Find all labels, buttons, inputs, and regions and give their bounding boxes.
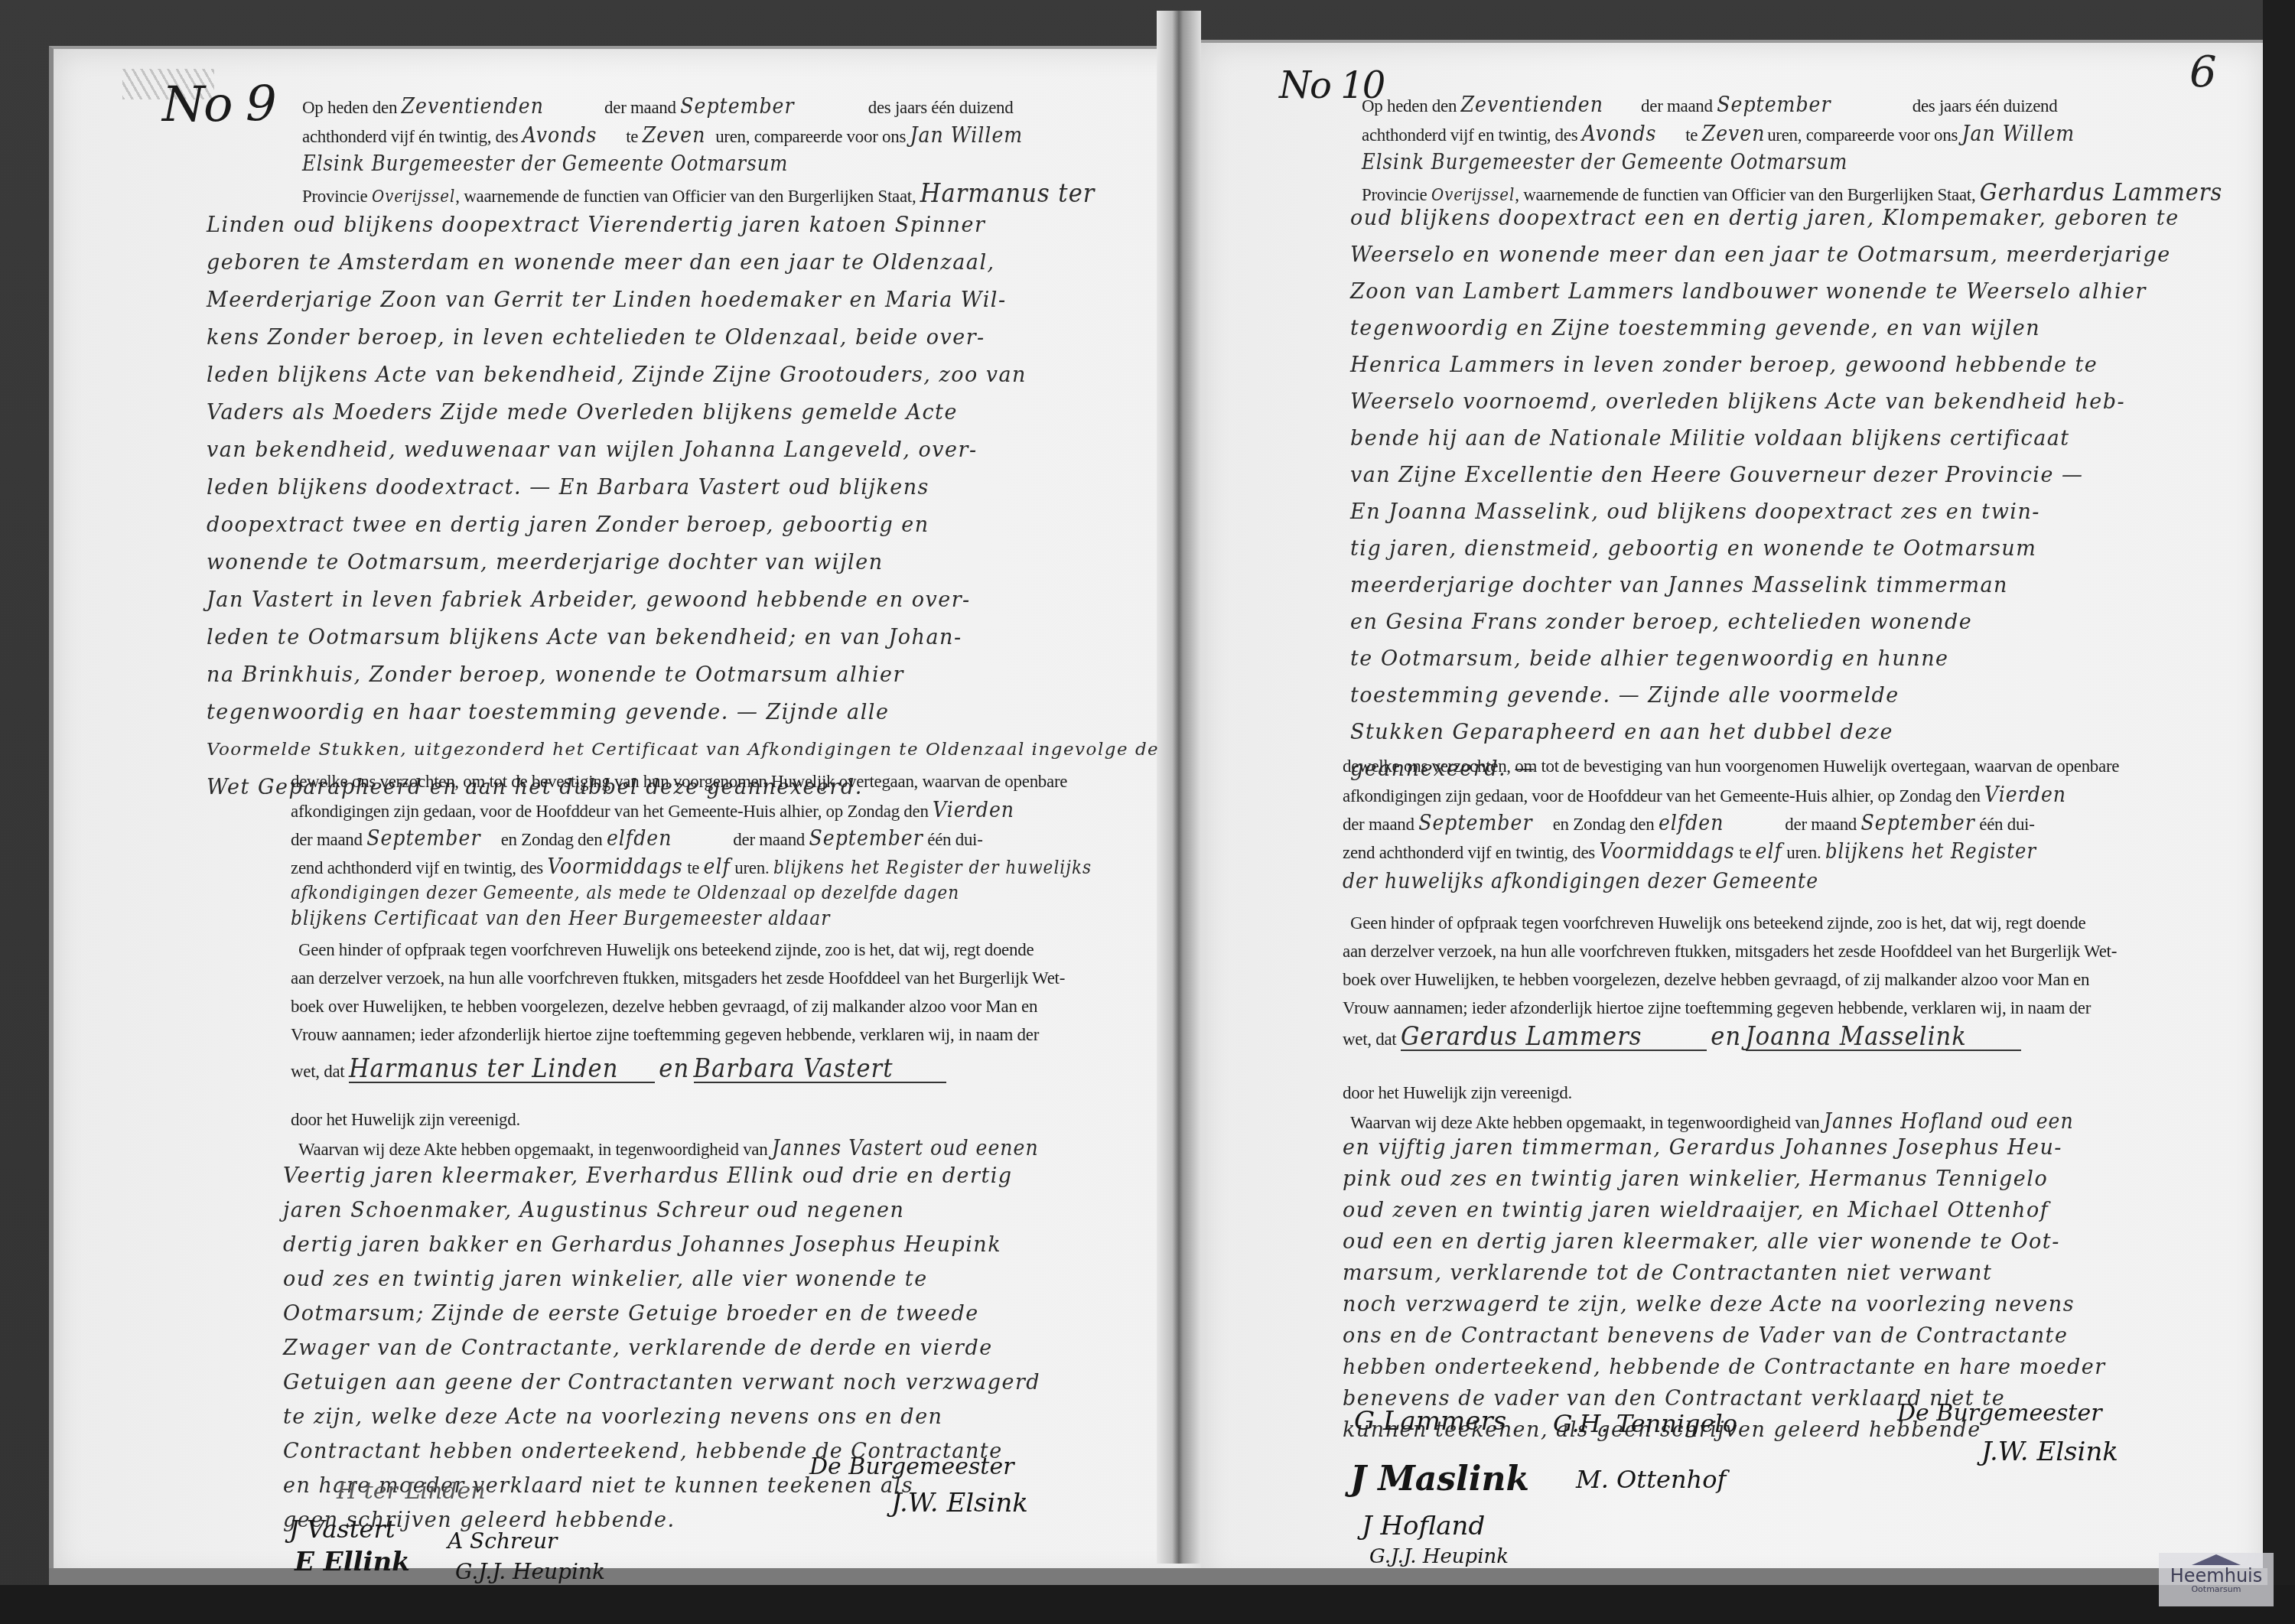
- right-married-names-line: wet, dat Gerardus Lammers en Joanna Mass…: [1343, 1024, 2021, 1053]
- groom-name: Gerardus Lammers: [1401, 1024, 1707, 1051]
- handwritten-month: September: [809, 825, 923, 851]
- bottom-dark-edge: [0, 1585, 2295, 1624]
- left-declaration-line-3: boek over Huwelijken, te hebben voorgele…: [291, 994, 1037, 1020]
- printed-text: uren, compareerde voor ons: [1767, 125, 1958, 145]
- hand-line: oud een en dertig jaren kleermaker, alle…: [1343, 1226, 2106, 1258]
- hand-line: marsum, verklarende tot de Contractanten…: [1343, 1258, 2106, 1289]
- printed-text: , waarnemende de functien van Officier v…: [455, 187, 916, 206]
- right-mayor-signature: J.W. Elsink: [1981, 1437, 2118, 1467]
- left-married-names-line: wet, dat Harmanus ter Linden en Barbara …: [291, 1056, 946, 1085]
- hand-line: toestemming gevende. — Zijnde alle voorm…: [1350, 678, 2179, 714]
- hand-line: Linden oud blijkens doopextract Vierende…: [207, 207, 1159, 244]
- handwritten-month: September: [680, 93, 864, 119]
- printed-text: afkondigingen zijn gedaan, voor de Hoofd…: [291, 802, 929, 821]
- hand-line: Veertig jaren kleermaker, Everhardus Ell…: [283, 1159, 1040, 1193]
- left-publication-line-6: blijkens Certificaat van den Heer Burgem…: [291, 906, 830, 932]
- signature-bride-father: J Maslink: [1350, 1460, 1529, 1499]
- hand-line: jaren Schoenmaker, Augustinus Schreur ou…: [283, 1193, 1040, 1228]
- handwritten-day: Zeventienden: [1461, 92, 1637, 118]
- hand-line: Meerderjarige Zoon van Gerrit ter Linden…: [207, 282, 1159, 319]
- hand-line: leden blijkens Acte van bekendheid, Zijn…: [207, 356, 1159, 394]
- left-header-line-3: Elsink Burgemeester der Gemeente Ootmars…: [302, 151, 788, 177]
- printed-text: wet, dat: [291, 1062, 344, 1081]
- printed-text: der maand: [1343, 815, 1414, 834]
- left-publication-line-4: zend achthonderd vijf en twintig, des Vo…: [291, 854, 1092, 881]
- right-united-line: door het Huwelijk zijn vereenigd.: [1343, 1080, 1572, 1106]
- handwritten-day: Vierden: [933, 797, 1014, 822]
- signature-witness-4: G.J.J. Heupink: [455, 1559, 605, 1584]
- printed-text: te: [1739, 843, 1751, 862]
- handwritten-hour: Zeven: [643, 122, 711, 148]
- signature-witness-1: J Hofland: [1362, 1511, 1485, 1541]
- house-roof-icon: [2192, 1554, 2241, 1565]
- handwritten-witness: Jannes Hofland oud een: [1824, 1108, 2074, 1134]
- signature-witness-2: G.J.J. Heupink: [1369, 1545, 1509, 1568]
- handwritten-daypart: Avonds: [522, 122, 622, 148]
- right-publication-line-1: dewelke ons verzochten, om tot de bevest…: [1343, 753, 2119, 779]
- right-dark-edge: [2263, 0, 2295, 1624]
- left-declaration-line-2: aan derzelver verzoek, na hun alle voorf…: [291, 965, 1065, 991]
- right-declaration-line-4: Vrouw aannamen; ieder afzonderlijk hiert…: [1343, 995, 2091, 1021]
- hand-line: dertig jaren bakker en Gerhardus Johanne…: [283, 1228, 1040, 1262]
- printed-text: Op heden den: [1362, 96, 1457, 116]
- handwritten-note: blijkens het Register: [1825, 840, 2036, 864]
- bride-name: Barbara Vastert: [694, 1056, 946, 1083]
- handwritten-daypart: Voormiddags: [547, 854, 682, 879]
- hand-line: tegenwoordig en Zijne toestemming gevend…: [1350, 311, 2179, 347]
- left-header-line-2: achthonderd vijf én twintig, des Avonds …: [302, 122, 1023, 150]
- hand-line: Zwager van de Contractante, verklarende …: [283, 1331, 1040, 1365]
- hand-line: geboren te Amsterdam en wonende meer dan…: [207, 244, 1159, 282]
- hand-line: Weerselo en wonende meer dan een jaar te…: [1350, 237, 2179, 274]
- hand-line: oud zes en twintig jaren winkelier, alle…: [283, 1262, 1040, 1297]
- printed-text: des jaars één duizend: [868, 98, 1014, 117]
- hand-line: te Ootmarsum, beide alhier tegenwoordig …: [1350, 641, 2179, 678]
- printed-text: wet, dat: [1343, 1030, 1396, 1049]
- hand-line: tegenwoordig en haar toestemming gevende…: [207, 694, 1159, 731]
- printed-text: één dui-: [1979, 815, 2034, 834]
- hand-line: van Zijne Excellentie den Heere Gouverne…: [1350, 457, 2179, 494]
- right-header-line-1: Op heden den Zeventienden der maand Sept…: [1362, 92, 2057, 119]
- printed-text: uren, compareerde voor ons: [715, 127, 906, 146]
- hand-line: van bekendheid, weduwenaar van wijlen Jo…: [207, 431, 1159, 469]
- handwritten-conjunction: en: [1711, 1021, 1741, 1052]
- hand-line: oud blijkens doopextract een en dertig j…: [1350, 200, 2179, 237]
- right-declaration-line-3: boek over Huwelijken, te hebben voorgele…: [1343, 967, 2089, 993]
- printed-text: afkondigingen zijn gedaan, voor de Hoofd…: [1343, 786, 1981, 805]
- hand-line: Getuigen aan geene der Contractanten ver…: [283, 1365, 1040, 1400]
- printed-text: des jaars één duizend: [1912, 96, 2058, 116]
- handwritten-day: Zeventienden: [402, 93, 601, 119]
- hand-line: en vijftig jaren timmerman, Gerardus Joh…: [1343, 1132, 2106, 1163]
- left-publication-line-2: afkondigingen zijn gedaan, voor de Hoofd…: [291, 797, 1014, 825]
- printed-text: der maand: [1641, 96, 1713, 116]
- printed-text: der maand: [1785, 815, 1857, 834]
- right-declaration-line-1: Geen hinder of opfpraak tegen voorfchrev…: [1350, 910, 2085, 936]
- printed-text: te: [1685, 125, 1698, 145]
- left-declaration-line-1: Geen hinder of opfpraak tegen voorfchrev…: [298, 937, 1034, 963]
- handwritten-daypart: Avonds: [1582, 121, 1681, 147]
- act-number-9: No 9: [162, 76, 275, 133]
- left-publication-line-3: der maand September en Zondag den elfden…: [291, 825, 983, 853]
- handwritten-official-name: Jan Willem: [1962, 121, 2075, 146]
- signature-witness-4: M. Ottenhof: [1576, 1465, 1726, 1494]
- hand-line: en Gesina Frans zonder beroep, echtelied…: [1350, 604, 2179, 641]
- left-header-line-1: Op heden den Zeventienden der maand Sept…: [302, 93, 1013, 121]
- handwritten-note: blijkens het Register der huwelijks: [773, 857, 1092, 878]
- right-header-line-3: Elsink Burgemeester der Gemeente Ootmars…: [1362, 150, 1847, 176]
- left-mayor-title: De Burgemeester: [809, 1453, 1014, 1480]
- handwritten-month: September: [1861, 810, 1975, 835]
- hand-line: oud zeven en twintig jaren wieldraaijer,…: [1343, 1195, 2106, 1226]
- hand-line: Henrica Lammers in leven zonder beroep, …: [1350, 347, 2179, 384]
- printed-text: Op heden den: [302, 98, 397, 117]
- hand-line: Vaders als Moeders Zijde mede Overleden …: [207, 394, 1159, 431]
- hand-line: tig jaren, dienstmeid, geboortig en wone…: [1350, 531, 2179, 568]
- hand-line: noch verzwagerd te zijn, welke deze Acte…: [1343, 1289, 2106, 1320]
- handwritten-province: Overijssel: [372, 187, 455, 207]
- handwritten-month: September: [366, 825, 496, 851]
- hand-line: leden blijkens doodextract. — En Barbara…: [207, 469, 1159, 506]
- printed-text: uren.: [1786, 843, 1821, 862]
- right-mayor-title: De Burgemeester: [1897, 1400, 2102, 1427]
- folio-number: 6: [2189, 47, 2217, 97]
- hand-line: leden te Ootmarsum blijkens Acte van bek…: [207, 619, 1159, 656]
- hand-line: kens Zonder beroep, in leven echtelieden…: [207, 319, 1159, 356]
- handwritten-month: September: [1418, 810, 1548, 836]
- handwritten-day: Vierden: [1984, 782, 2066, 807]
- left-united-line: door het Huwelijk zijn vereenigd.: [291, 1107, 520, 1133]
- right-header-line-2: achthonderd vijf en twintig, des Avonds …: [1362, 121, 2075, 148]
- right-declaration-line-2: aan derzelver verzoek, na hun alle voorf…: [1343, 939, 2117, 965]
- hand-line: meerderjarige dochter van Jannes Masseli…: [1350, 568, 2179, 604]
- printed-text: achthonderd vijf en twintig, des: [1362, 125, 1577, 145]
- heemhuis-watermark: Heemhuis Ootmarsum: [2159, 1553, 2274, 1606]
- left-mayor-signature: J.W. Elsink: [891, 1488, 1028, 1518]
- signature-witness-1: J Vastert: [289, 1515, 396, 1544]
- printed-text: één dui-: [927, 830, 982, 849]
- hand-line: Weerselo voornoemd, overleden blijkens A…: [1350, 384, 2179, 421]
- hand-line: Ootmarsum; Zijnde de eerste Getuige broe…: [283, 1297, 1040, 1331]
- signature-groom: H ter Linden: [337, 1478, 486, 1505]
- signature-groom: G Lammers: [1354, 1406, 1506, 1437]
- hand-line: te zijn, welke deze Acte na voorlezing n…: [283, 1400, 1040, 1434]
- hand-line: pink oud zes en twintig jaren winkelier,…: [1343, 1163, 2106, 1195]
- handwritten-hour: elf: [1756, 838, 1782, 864]
- hand-line: Stukken Geparapheerd en aan het dubbel d…: [1350, 714, 2179, 751]
- left-publication-line-1: dewelke ons verzochten, om tot de bevest…: [291, 769, 1067, 795]
- printed-text: te: [626, 127, 638, 146]
- handwritten-conjunction: en: [659, 1053, 689, 1084]
- handwritten-hour: elf: [704, 854, 731, 879]
- printed-text: achthonderd vijf én twintig, des: [302, 127, 518, 146]
- hand-line: bende hij aan de Nationale Militie volda…: [1350, 421, 2179, 457]
- handwritten-witness: Jannes Vastert oud eenen: [772, 1135, 1039, 1160]
- printed-text: der maand: [733, 830, 805, 849]
- handwritten-hour: Zeven: [1702, 121, 1763, 147]
- signature-witness-3: A Schreur: [448, 1528, 557, 1554]
- signature-witness-2: E Ellink: [295, 1547, 410, 1577]
- hand-line: En Joanna Masselink, oud blijkens doopex…: [1350, 494, 2179, 531]
- hand-line: wonende te Ootmarsum, meerderjarige doch…: [207, 544, 1159, 581]
- left-declaration-line-4: Vrouw aannamen; ieder afzonderlijk hiert…: [291, 1022, 1039, 1048]
- right-publication-line-2: afkondigingen zijn gedaan, voor de Hoofd…: [1343, 782, 2066, 809]
- handwritten-groom-name: Harmanus ter: [920, 178, 1095, 209]
- hand-line: Voormelde Stukken, uitgezonderd het Cert…: [207, 731, 1159, 769]
- printed-text: te: [687, 858, 699, 877]
- printed-text: der maand: [604, 98, 676, 117]
- handwritten-day: elfden: [1659, 810, 1781, 836]
- book-gutter: [1157, 11, 1201, 1564]
- hand-line: hebben onderteekend, hebbende de Contrac…: [1343, 1352, 2106, 1383]
- printed-text: Waarvan wij deze Akte hebben opgemaakt, …: [1350, 1113, 1819, 1132]
- right-publication-line-4: zend achthonderd vijf en twintig, des Vo…: [1343, 838, 2036, 866]
- watermark-brand: Heemhuis: [2159, 1567, 2274, 1585]
- handwritten-day: elfden: [607, 825, 729, 851]
- printed-text: Provincie: [302, 187, 367, 206]
- printed-text: en Zondag den: [1553, 815, 1655, 834]
- hand-line: doopextract twee en dertig jaren Zonder …: [207, 506, 1159, 544]
- right-witnesses-body: en vijftig jaren timmerman, Gerardus Joh…: [1343, 1132, 2106, 1446]
- printed-text: uren.: [734, 858, 769, 877]
- signature-witness-3: G.H. Tennigelo: [1553, 1409, 1737, 1438]
- printed-text: zend achthonderd vijf en twintig, des: [1343, 843, 1595, 862]
- printed-text: en Zondag den: [501, 830, 603, 849]
- hand-line: Zoon van Lambert Lammers landbouwer wone…: [1350, 274, 2179, 311]
- left-handwritten-body: Linden oud blijkens doopextract Vierende…: [207, 207, 1159, 806]
- right-publication-line-3: der maand September en Zondag den elfden…: [1343, 810, 2035, 838]
- handwritten-official-name: Jan Willem: [910, 122, 1024, 148]
- bride-name: Joanna Masselink: [1746, 1024, 2021, 1051]
- printed-text: Waarvan wij deze Akte hebben opgemaakt, …: [298, 1140, 767, 1159]
- hand-line: ons en de Contractant benevens de Vader …: [1343, 1320, 2106, 1352]
- hand-line: na Brinkhuis, Zonder beroep, wonende te …: [207, 656, 1159, 694]
- handwritten-month: September: [1717, 92, 1908, 118]
- right-handwritten-body: oud blijkens doopextract een en dertig j…: [1350, 200, 2179, 788]
- printed-text: der maand: [291, 830, 363, 849]
- printed-text: zend achthonderd vijf en twintig, des: [291, 858, 543, 877]
- right-publication-line-5: der huwelijks afkondigingen dezer Gemeen…: [1343, 868, 1818, 894]
- groom-name: Harmanus ter Linden: [349, 1056, 655, 1083]
- handwritten-daypart: Voormiddags: [1599, 838, 1734, 864]
- hand-line: Jan Vastert in leven fabriek Arbeider, g…: [207, 581, 1159, 619]
- left-publication-line-5: afkondigingen dezer Gemeente, als mede t…: [291, 880, 959, 906]
